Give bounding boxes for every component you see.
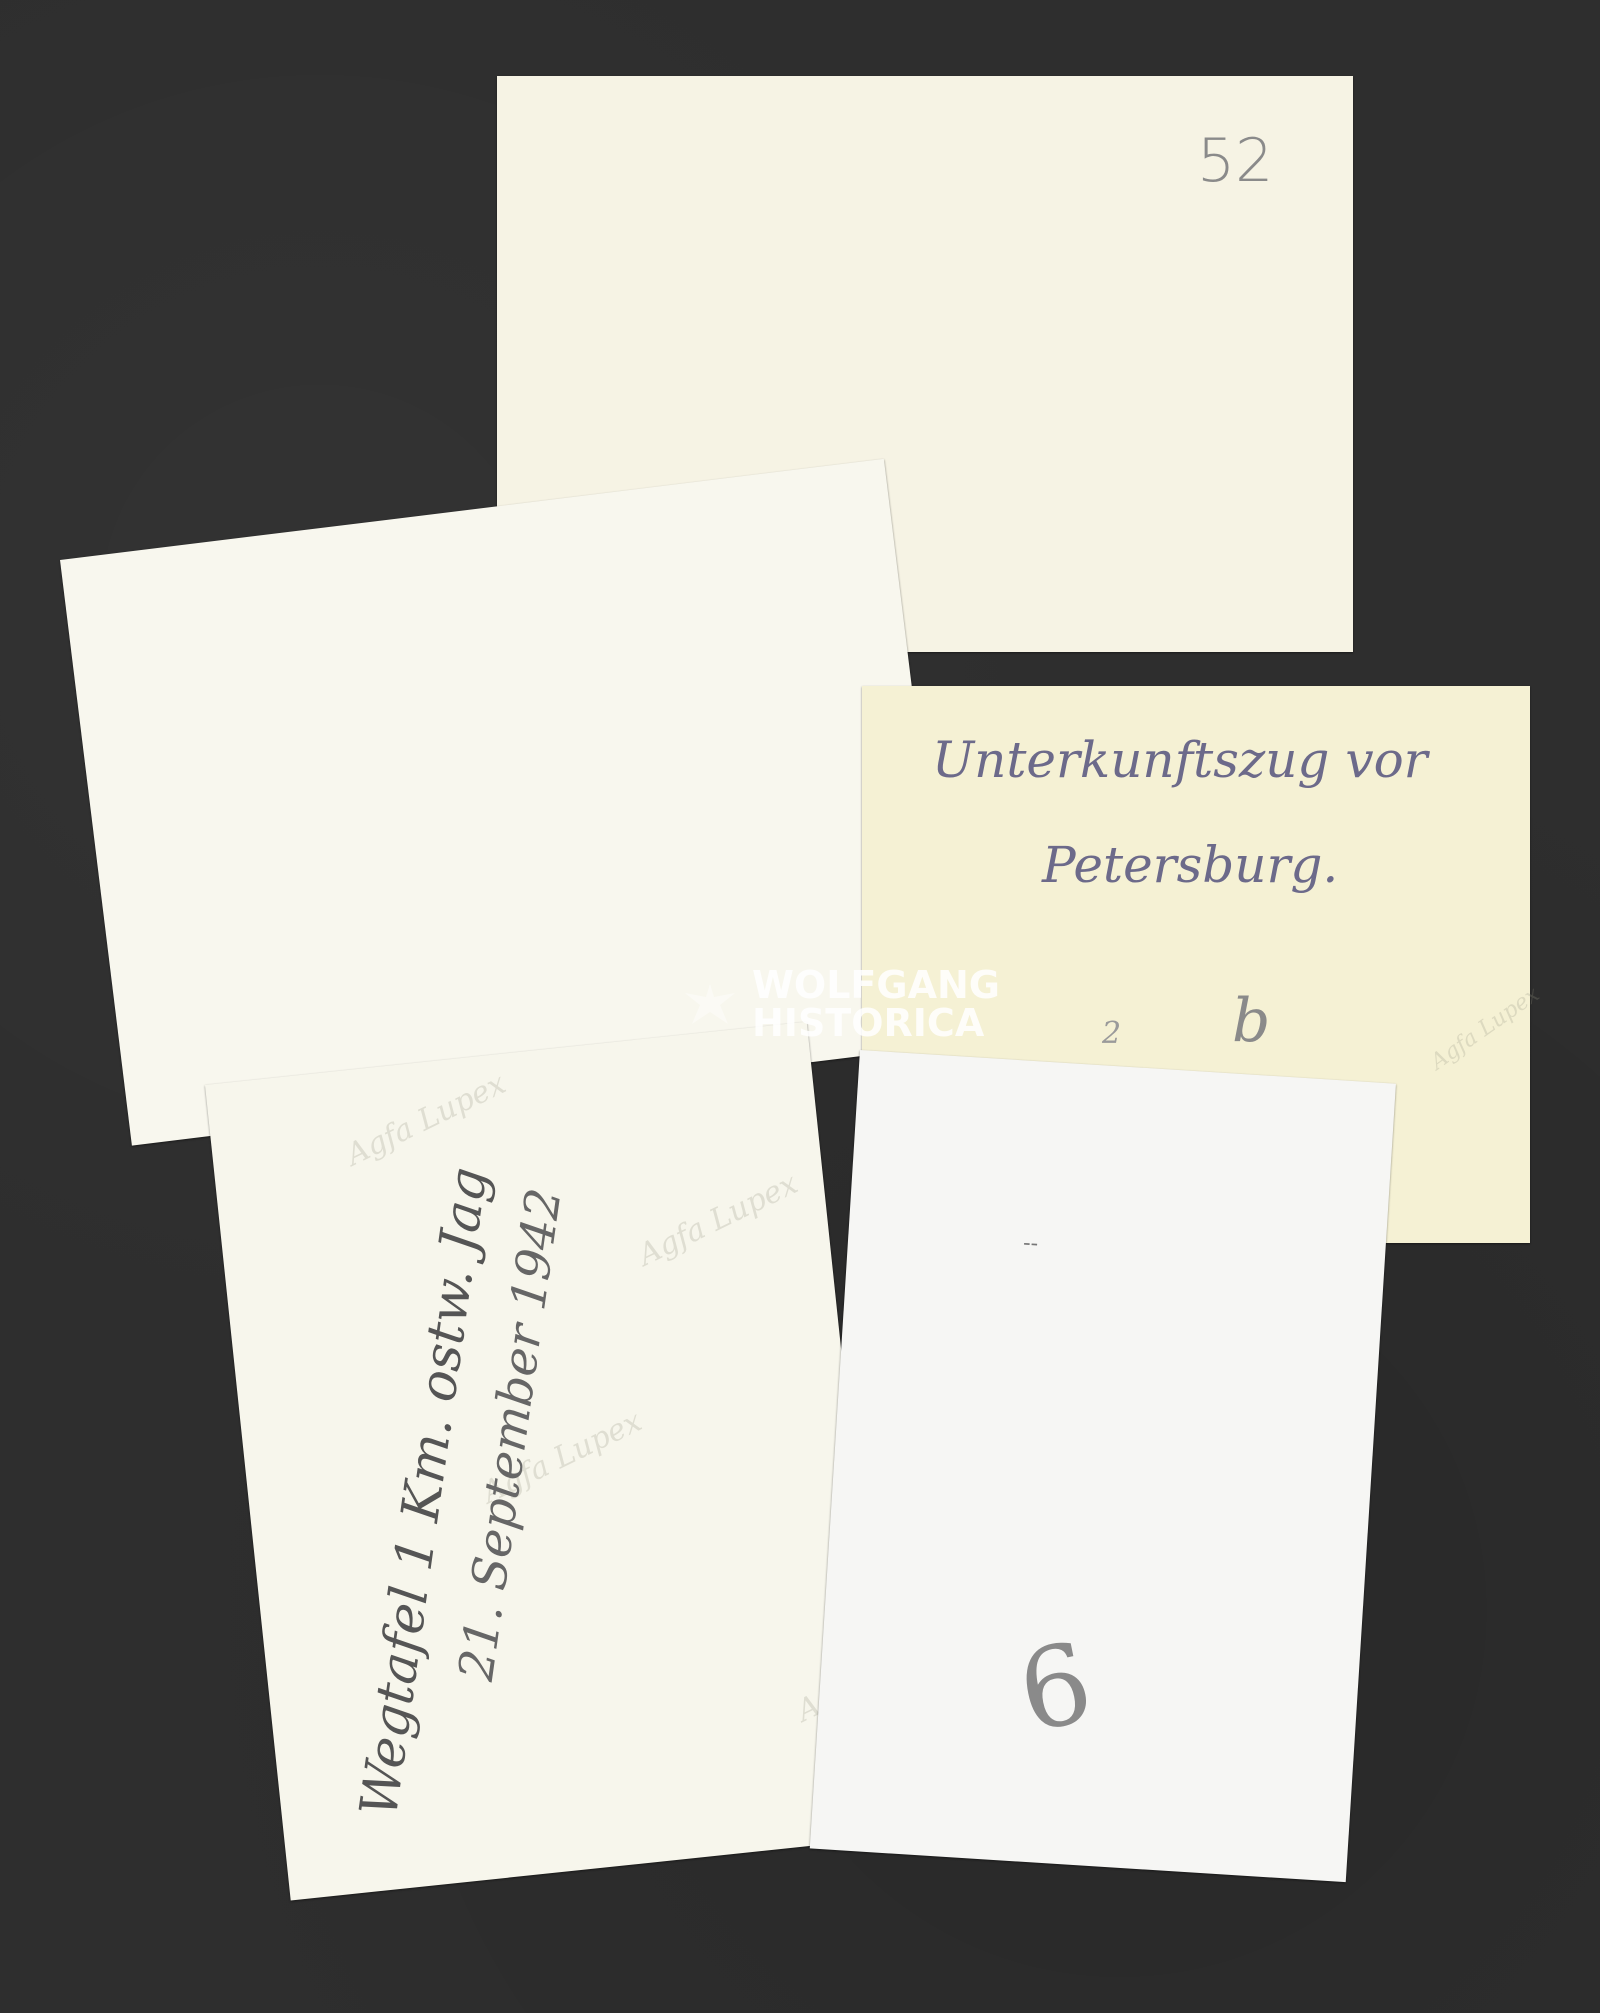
agfa-stamp-2: Agfa Lupex: [633, 1166, 803, 1273]
watermark-line-2: HISTORICA: [752, 1004, 1000, 1042]
pencil-mark-1: 2: [1102, 1016, 1121, 1051]
inscription-number: 52: [1197, 126, 1273, 196]
eagle-logo-icon: [680, 979, 740, 1029]
agfa-stamp: Agfa Lupex: [1426, 982, 1544, 1075]
watermark-line-1: WOLFGANG: [752, 966, 1000, 1004]
pencil-mark-2: b: [1232, 986, 1270, 1056]
photo-back-bottom-left: Agfa Lupex Agfa Lupex Agfa Lupex Agfa Lu…: [205, 1022, 892, 1901]
inscription-line-1: Unterkunftszug vor: [932, 731, 1428, 789]
agfa-stamp-1: Agfa Lupex: [341, 1066, 511, 1173]
inscription-line-2: Petersburg.: [1042, 836, 1338, 894]
watermark: WOLFGANG HISTORICA: [680, 966, 1000, 1042]
pencil-dash-mark: --: [1022, 1231, 1038, 1257]
inscription-number: 6: [1008, 1618, 1102, 1757]
photo-back-bottom-right: -- 6: [810, 1050, 1396, 1882]
